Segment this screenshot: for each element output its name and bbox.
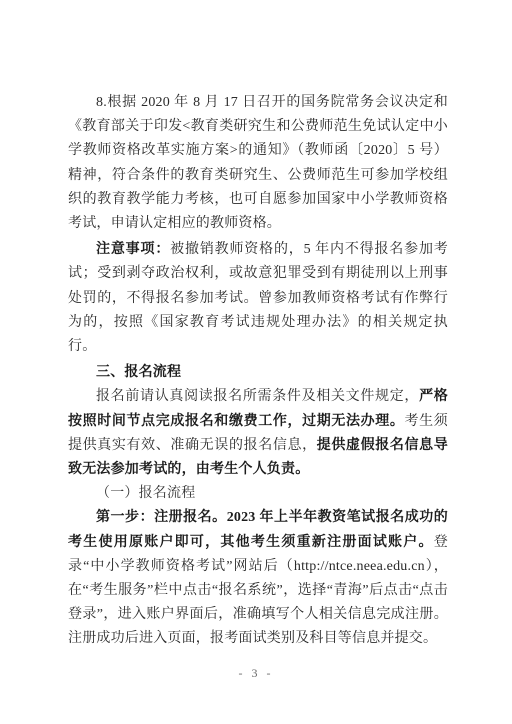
step1-body: 登录“中小学教师资格考试”网站后（http://ntce.neea.edu.cn…	[68, 535, 448, 647]
section-heading-registration-process: 三、报名流程	[68, 359, 448, 385]
paragraph-legal-basis: 8.根据 2020 年 8 月 17 日召开的国务院常务会议决定和《教育部关于印…	[68, 91, 448, 236]
paragraph-procedure-intro: 报名前请认真阅读报名所需条件及相关文件规定，严格按照时间节点完成报名和缴费工作，…	[68, 385, 448, 482]
subsection-heading-text: （一）报名流程	[96, 486, 195, 501]
step1-emphasis: 第一步：注册报名。2023 年上半年教资笔试报名成功的考生使用原账户即可，其他考…	[68, 510, 448, 549]
text-run: 8.根据 2020 年 8 月 17 日召开的国务院常务会议决定和《教育部关于印…	[68, 95, 448, 231]
subsection-heading-process: （一）报名流程	[68, 482, 448, 506]
document-page: 8.根据 2020 年 8 月 17 日召开的国务院常务会议决定和《教育部关于印…	[0, 0, 512, 724]
paragraph-notes: 注意事项：被撤销教师资格的，5 年内不得报名参加考试；受到剥夺政治权利，或故意犯…	[68, 236, 448, 359]
section-heading-text: 三、报名流程	[96, 363, 181, 379]
document-body: 8.根据 2020 年 8 月 17 日召开的国务院常务会议决定和《教育部关于印…	[68, 91, 448, 652]
notes-body: 被撤销教师资格的，5 年内不得报名参加考试；受到剥夺政治权利，或故意犯罪受到有期…	[68, 242, 448, 354]
paragraph-step1: 第一步：注册报名。2023 年上半年教资笔试报名成功的考生使用原账户即可，其他考…	[68, 506, 448, 651]
notes-label: 注意事项：	[96, 240, 170, 256]
text-run: 报名前请认真阅读报名所需条件及相关文件规定，	[96, 389, 419, 404]
page-number: - 3 -	[0, 666, 512, 681]
